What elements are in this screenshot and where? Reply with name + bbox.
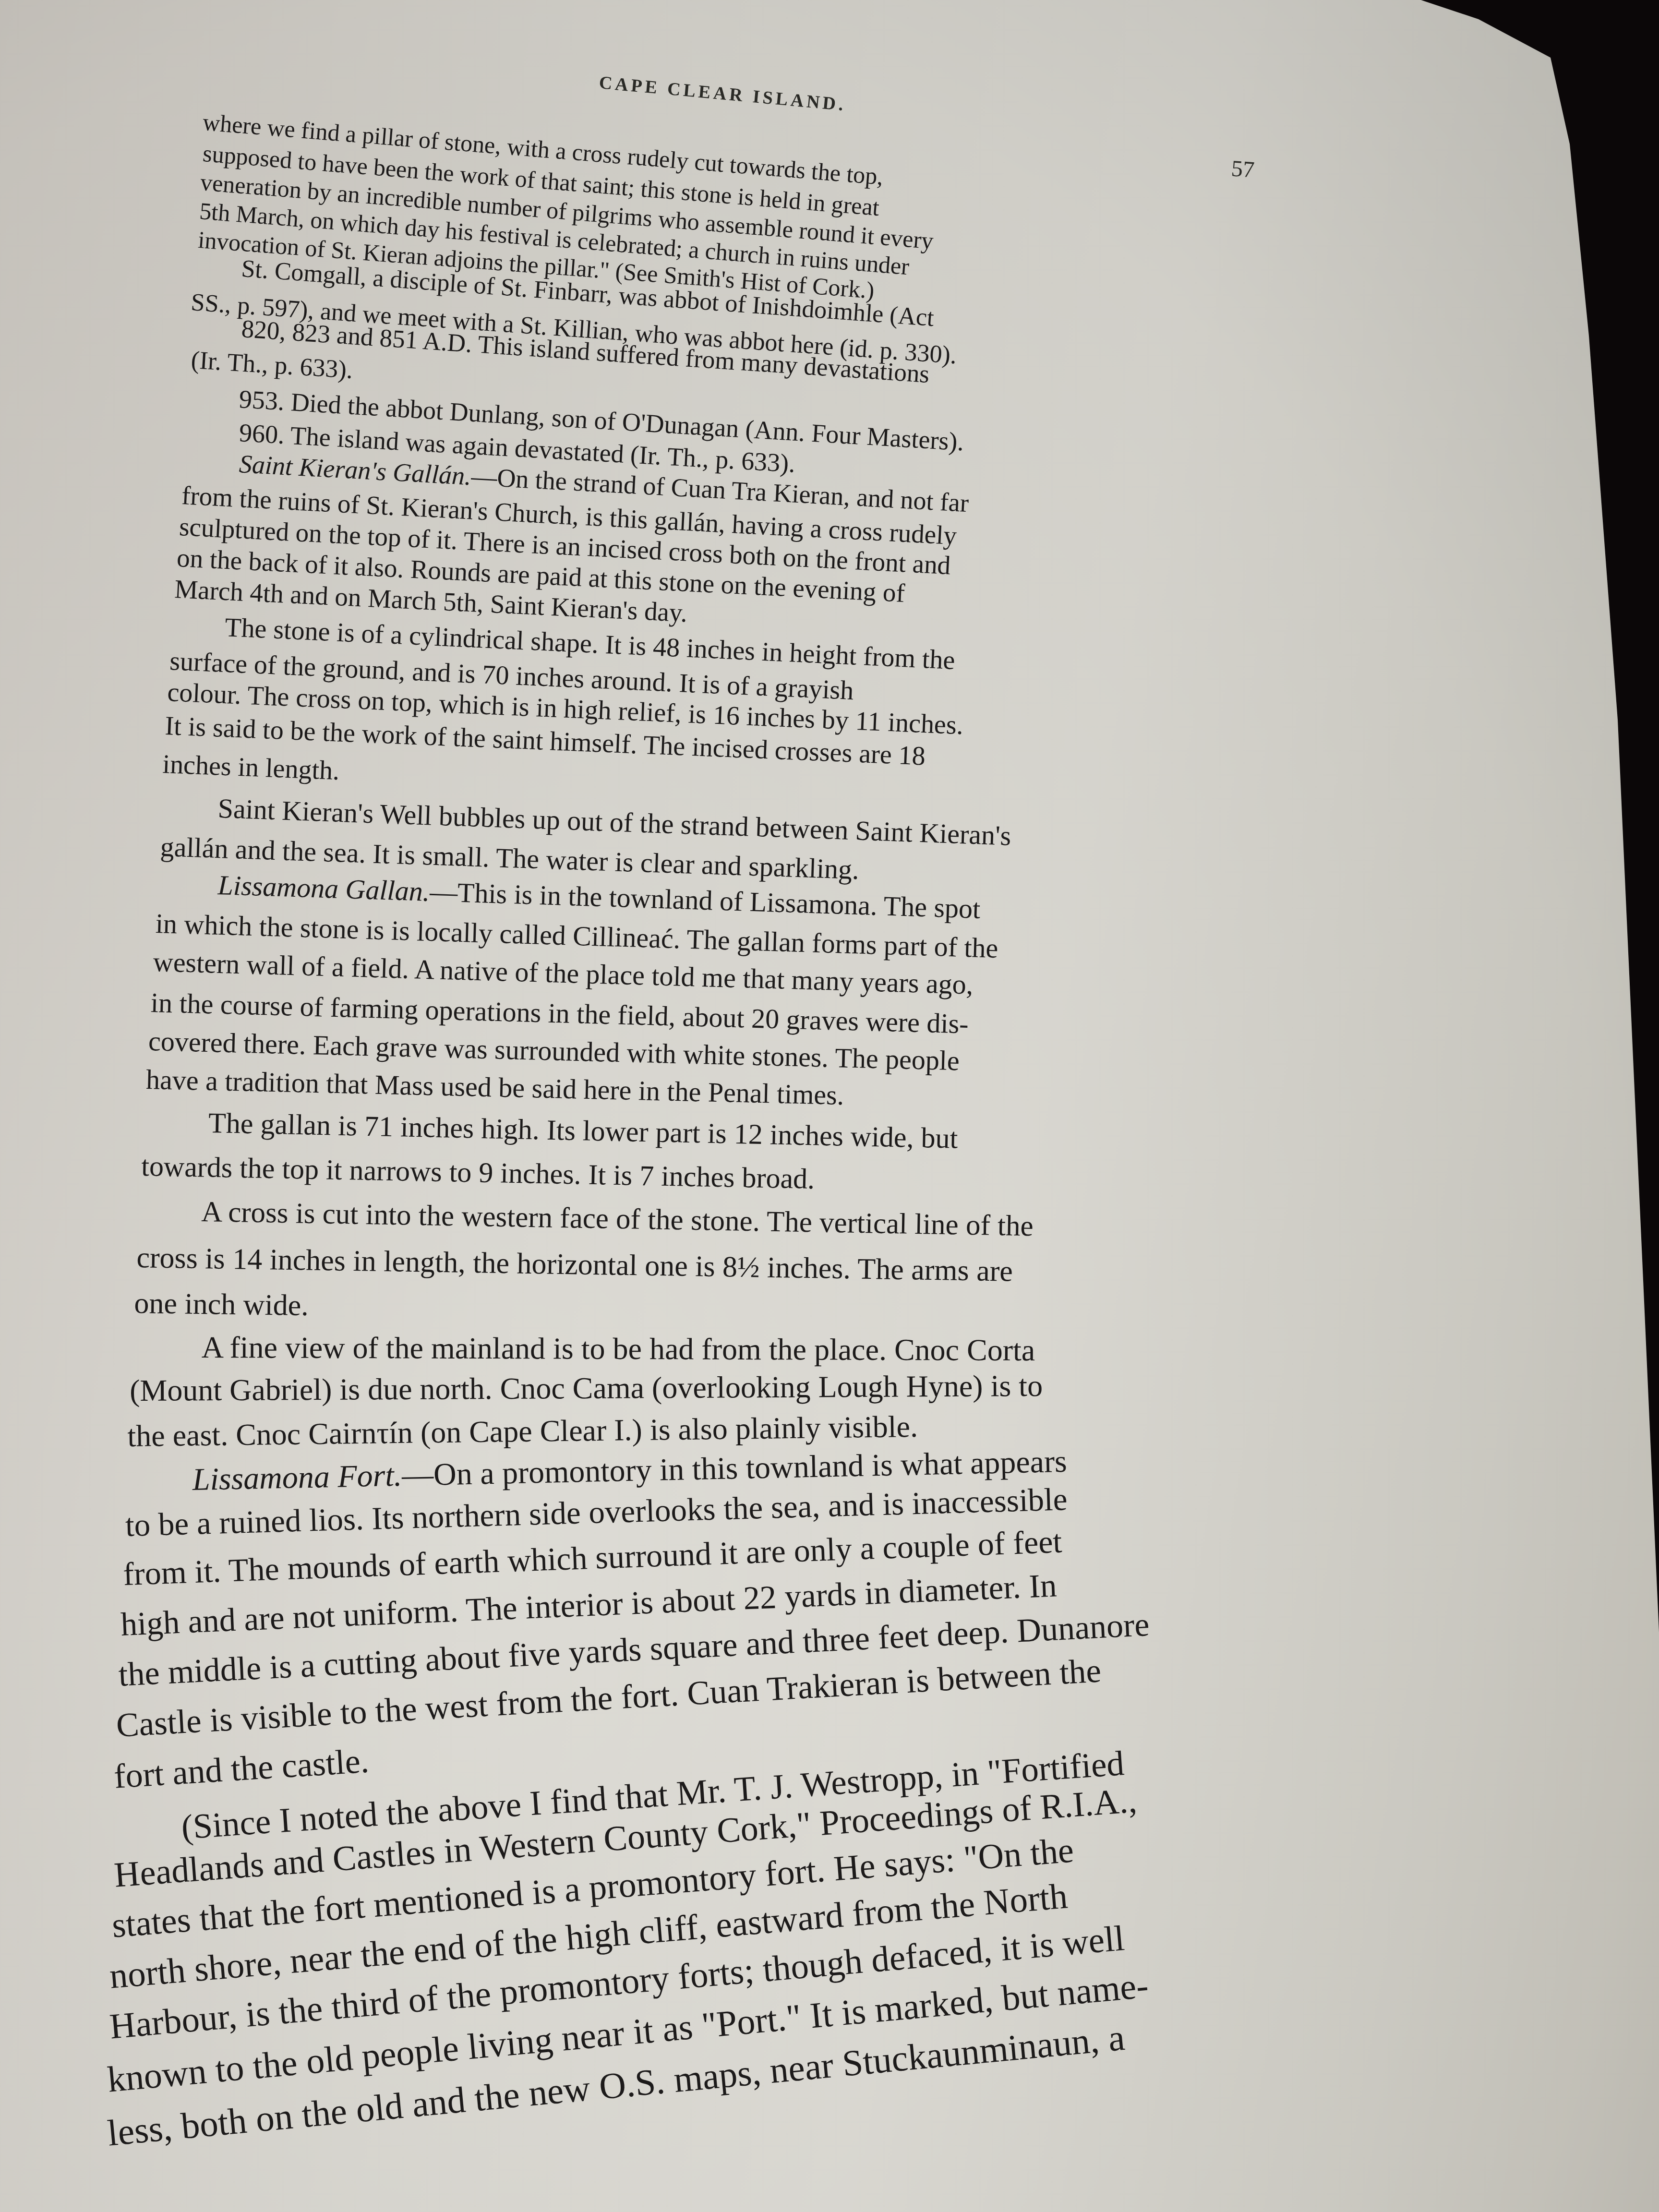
- line-text: A fine view of the mainland is to be had…: [202, 1330, 1035, 1367]
- running-header: CAPE CLEAR ISLAND.: [598, 72, 847, 116]
- line-text: towards the top it narrows to 9 inches. …: [141, 1150, 815, 1195]
- line-text: one inch wide.: [134, 1287, 309, 1322]
- text-line: the east. Cnoc Cairnτín (on Cape Clear I…: [127, 1409, 918, 1454]
- section-heading: Lissamona Fort.: [192, 1458, 402, 1497]
- line-text: (Ir. Th., p. 633).: [190, 346, 354, 384]
- line-text: (Mount Gabriel) is due north. Cnoc Cama …: [130, 1369, 1043, 1407]
- line-text: fort and the castle.: [113, 1742, 370, 1796]
- section-heading: Lissamona Gallan.: [217, 869, 430, 907]
- page-number: 57: [1230, 155, 1255, 183]
- text-line: fort and the castle.: [113, 1741, 370, 1797]
- text-line: A fine view of the mainland is to be had…: [202, 1330, 1035, 1368]
- line-text: cross is 14 inches in length, the horizo…: [136, 1241, 1013, 1288]
- line-text: the east. Cnoc Cairnτín (on Cape Clear I…: [127, 1409, 918, 1453]
- book-page: CAPE CLEAR ISLAND. 57 where we find a pi…: [0, 0, 1659, 2212]
- text-line: (Mount Gabriel) is due north. Cnoc Cama …: [130, 1368, 1043, 1408]
- text-line: The gallan is 71 inches high. Its lower …: [208, 1106, 958, 1155]
- text-line: inches in length.: [162, 749, 340, 786]
- line-text: inches in length.: [162, 749, 340, 786]
- text-line: one inch wide.: [134, 1286, 309, 1323]
- line-text: A cross is cut into the western face of …: [201, 1196, 1034, 1242]
- text-line: towards the top it narrows to 9 inches. …: [141, 1150, 815, 1196]
- line-text: —This is in the townland of Lissamona. T…: [429, 876, 981, 925]
- text-line: cross is 14 inches in length, the horizo…: [136, 1241, 1013, 1289]
- text-line: (Ir. Th., p. 633).: [190, 346, 354, 385]
- text-line: A cross is cut into the western face of …: [201, 1195, 1034, 1243]
- line-text: The gallan is 71 inches high. Its lower …: [208, 1107, 958, 1154]
